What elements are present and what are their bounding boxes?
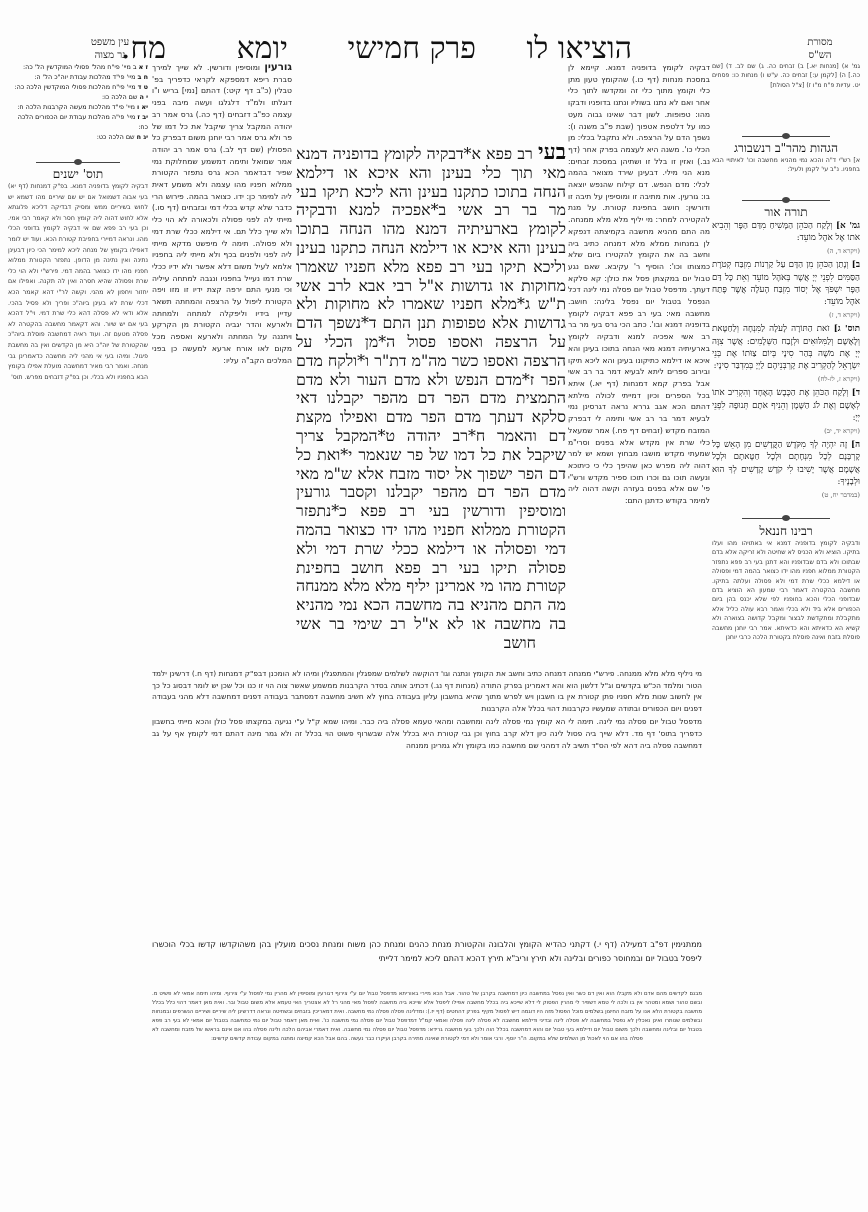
torah-or-verse: תוס' ג] זֹאת הַתּוֹרָה לָעֹלָה לַמִּנְחָ… [712, 323, 860, 385]
rabbeinu-chananel-text: ודבקיה לקומץ בדופניה דמנא אי באתויהו מהו… [712, 539, 860, 899]
hagahot-title: הגהות מהר"ב רנשבורג [712, 140, 860, 156]
ornament-divider [712, 196, 860, 204]
ein-mishpat-entry: יא ו מיי' פי"ד מהלכות מעשה הקרבנות הלכה … [8, 102, 148, 112]
gemara-text: בעי רב פפא א*דבקיה לקומץ בדופניה דמנא מא… [296, 144, 566, 634]
ornament-divider [8, 158, 148, 166]
masoret-hashas-label: מסורת הש"ס [790, 36, 850, 62]
ein-mishpat-entry: יב ז מיי' פי"ה מהלכות עבודת יום הכפורים … [8, 112, 148, 132]
torah-or-verses: גמ' א] וְלָקַח הַכֹּהֵן הַמָּשִׁיחַ מִדַ… [712, 220, 860, 501]
left-margin-column: ז א ב מיי' פי"ח מהל' פסולי המוקדשין הל' … [8, 62, 148, 1062]
chapter-title: הוציאו לו [527, 32, 632, 66]
ein-mishpat-entry: ט ד מיי' פי"ח מהלכות פסולי המוקדשין הלכה… [8, 82, 148, 92]
ein-mishpat-entry: י ה שם הלכה כו: [8, 92, 148, 102]
ein-mishpat-entry: ח ב מיי' פי"ד מהלכות עבודת יוה"כ הל' ה: [8, 72, 148, 82]
gemara-final-word: חושב [296, 634, 566, 653]
page-header: מסורת הש"ס הוציאו לו פרק חמישי יומא מח. … [0, 30, 868, 60]
tosafot-yeshanim-title: תוס' ישנים [8, 166, 148, 182]
tractate-name: יומא [237, 32, 288, 66]
torah-or-verse: ד] וְלָקַח הַכֹּהֵן אֶת הַכֶּבֶשׂ הָאֶחָ… [712, 387, 860, 437]
ein-mishpat-list: ז א ב מיי' פי"ח מהל' פסולי המוקדשין הל' … [8, 62, 148, 142]
torah-or-verse: ה] זֶה יִהְיֶה לְךָ מִקֹּדֶשׁ הַקֳּדָשִׁ… [712, 439, 860, 501]
hagahot-text: א] רש"י ד"ה והכא נמי מהניא מחשבה וכו' לא… [712, 156, 860, 196]
ein-mishpat-entry: יג ח שם הלכה כט: [8, 132, 148, 142]
ein-mishpat-label: עין משפט נר מצוה [70, 36, 150, 62]
chapter-number: פרק חמישי [347, 32, 476, 66]
torah-or-verse: ב] וְנָתַן הַכֹּהֵן מִן הַדָּם עַל קַרְנ… [712, 259, 860, 321]
tosafot-wide-continuation: מי ניליף מלא מלא ממנחה. פירש"י ממנחה דמנ… [152, 668, 702, 934]
tosafot-opening-word: גורעין [264, 62, 292, 73]
rashi-commentary: דבקיה לקומץ בדופניה דמנא. קיימא לן במסכת… [568, 62, 710, 648]
ornament-divider [712, 515, 860, 523]
tosafot-yeshanim-text: דבקיה לקומץ בדופניה דמנא. בפ"ק דמנחות (ד… [8, 182, 148, 982]
tosafot-bottom-lines: ממתנימין דפ"ב דמעילה (דף י.) דקתני כהדיא… [152, 938, 702, 984]
ornament-divider [712, 132, 860, 140]
torah-or-title: תורה אור [712, 204, 860, 220]
torah-or-verse: גמ' א] וְלָקַח הַכֹּהֵן הַמָּשִׁיחַ מִדַ… [712, 220, 860, 257]
rabbeinu-chananel-title: רבינו חננאל [712, 523, 860, 539]
tosafot-commentary: גורעין ומוסיפין ודורשין. לא שייך למירך ס… [152, 62, 292, 648]
ein-mishpat-entry: ז א ב מיי' פי"ח מהל' פסולי המוקדשין הל' … [8, 62, 148, 72]
gemara-block: בעי רב פפא א*דבקיה לקומץ בדופניה דמנא מא… [296, 144, 566, 664]
masoret-hashas-references: גמ' א) [מנחות יא.] ב) זבחים כה. ג) שם לב… [712, 62, 860, 132]
right-margin-column: גמ' א) [מנחות יא.] ב) זבחים כה. ג) שם לב… [712, 62, 860, 1062]
footer-commentary: מבנם לקדשים מהם אדם ולא מקבלו הוא ואין ד… [152, 990, 702, 1050]
